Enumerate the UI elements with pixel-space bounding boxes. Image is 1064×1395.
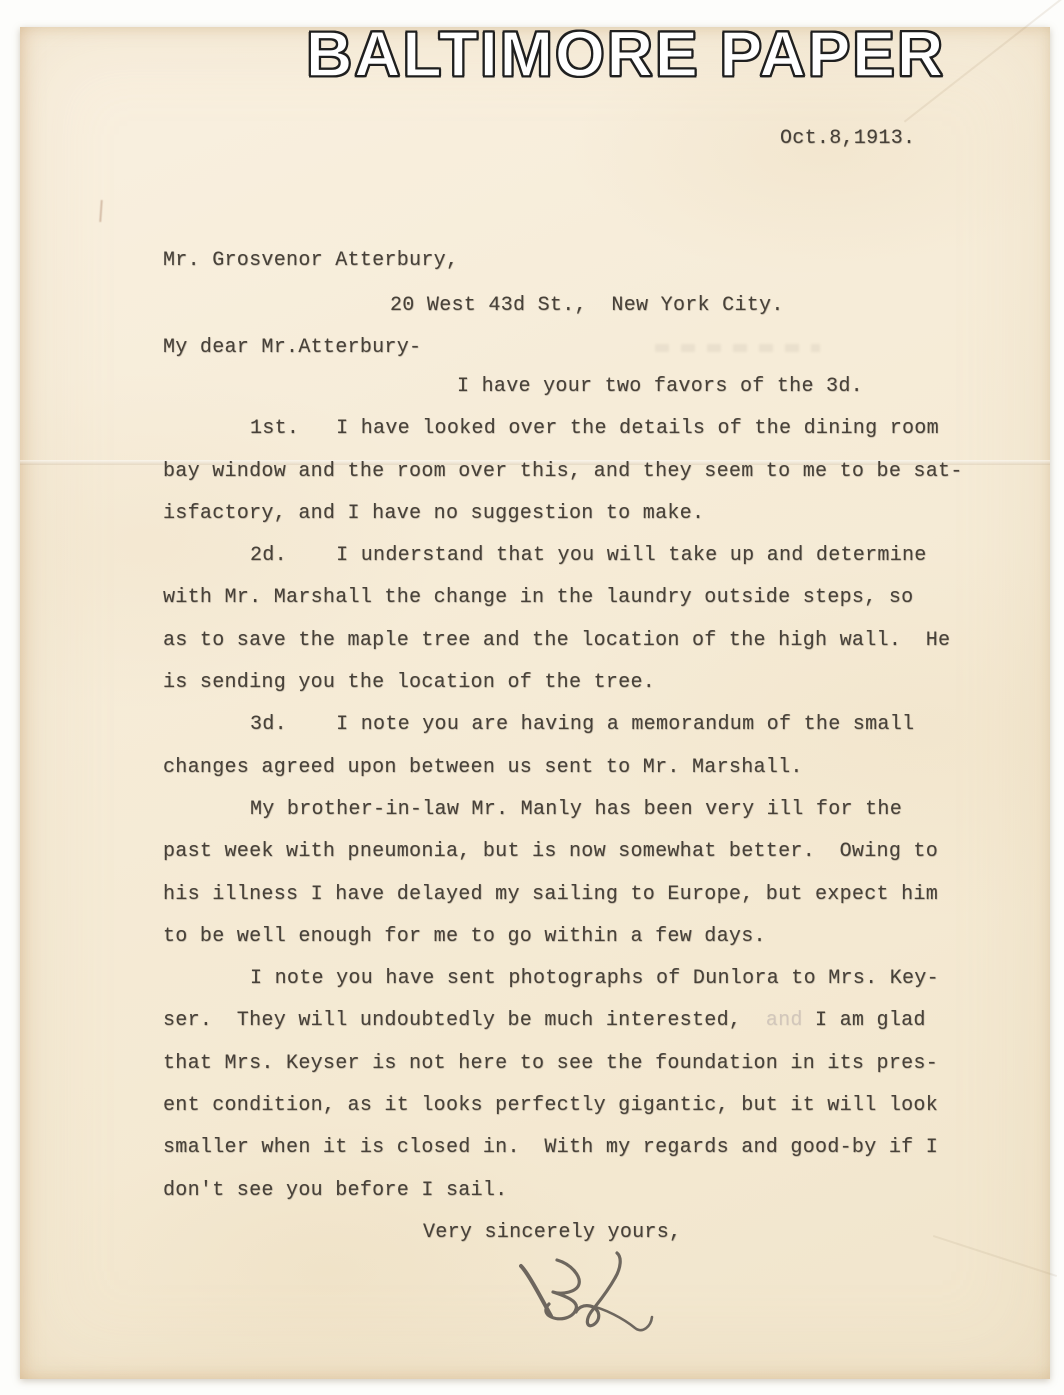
letter-line: don't see you before I sail. — [163, 1170, 1023, 1212]
letter-line: with Mr. Marshall the change in the laun… — [163, 577, 1023, 619]
address-line: 20 West 43d St., New York City. — [390, 294, 784, 317]
ink-smudge — [655, 344, 820, 352]
letter-line: smaller when it is closed in. With my re… — [163, 1127, 1023, 1169]
date-line: Oct.8,1913. — [780, 127, 915, 150]
letter-line: 3d. I note you are having a memorandum o… — [163, 704, 1023, 746]
baltimore-paper-watermark: BALTIMORE PAPER — [306, 22, 945, 86]
letter-line: as to save the maple tree and the locati… — [163, 620, 1023, 662]
letter-line: I have your two favors of the 3d. — [163, 366, 1023, 408]
letter-line: bay window and the room over this, and t… — [163, 451, 1023, 493]
erased-word: and — [766, 1009, 803, 1032]
letter-line: 1st. I have looked over the details of t… — [163, 408, 1023, 450]
salutation-line: My dear Mr.Atterbury- — [163, 336, 421, 359]
letter-line: his illness I have delayed my sailing to… — [163, 874, 1023, 916]
letter-line: I note you have sent photographs of Dunl… — [163, 958, 1023, 1000]
letter-line: past week with pneumonia, but is now som… — [163, 831, 1023, 873]
letter-line: 2d. I understand that you will take up a… — [163, 535, 1023, 577]
letter-line: isfactory, and I have no suggestion to m… — [163, 493, 1023, 535]
recipient-line: Mr. Grosvenor Atterbury, — [163, 249, 458, 272]
letter-line: ser. They will undoubtedly be much inter… — [163, 1000, 1023, 1042]
letter-line: changes agreed upon between us sent to M… — [163, 747, 1023, 789]
letter-line: is sending you the location of the tree. — [163, 662, 1023, 704]
handwritten-signature-bk — [505, 1246, 665, 1346]
line-text: ser. They will undoubtedly be much inter… — [163, 1009, 766, 1032]
letter-line: ent condition, as it looks perfectly gig… — [163, 1085, 1023, 1127]
letter-line: My brother-in-law Mr. Manly has been ver… — [163, 789, 1023, 831]
letter-body: I have your two favors of the 3d. 1st. I… — [163, 366, 1023, 1254]
letter-line: that Mrs. Keyser is not here to see the … — [163, 1043, 1023, 1085]
line-text: I am glad — [803, 1009, 926, 1032]
letter-line: to be well enough for me to go within a … — [163, 916, 1023, 958]
